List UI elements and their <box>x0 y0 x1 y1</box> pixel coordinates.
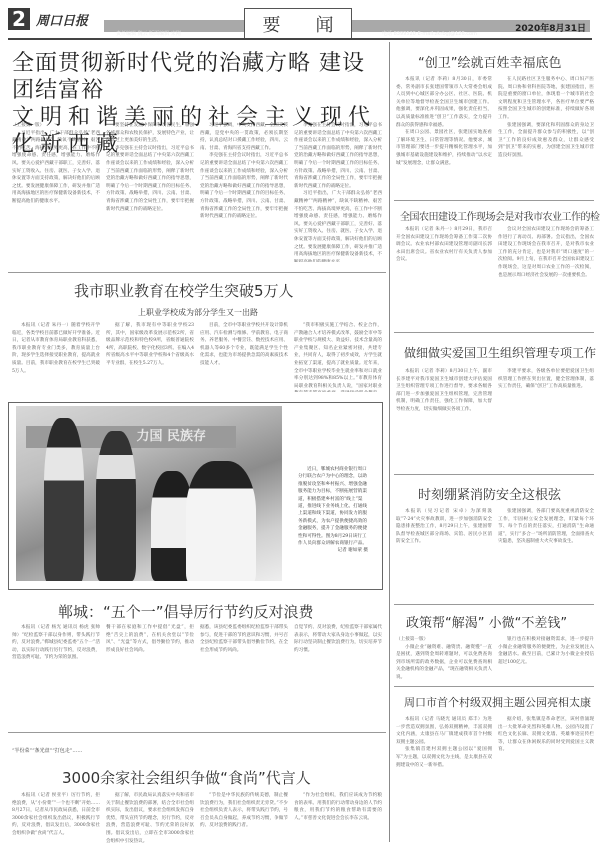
issue-date: 2020年8月31日 <box>515 21 586 34</box>
vocational-paragraph: 本报讯（记者 朱丹一）随着学校开学临近，各类学校目前都已做好开学准备。近日，记者… <box>12 322 100 375</box>
vocational-subheadline: 上职业学校成为部分学生又一出路 <box>138 307 258 318</box>
policy-paragraph: 小微企业“融资难、融资贵、融资慢”一直是困扰，遇到资金周转难题时，可以免费查询到… <box>396 644 492 682</box>
vocational-paragraph: 据了解，我市现有中等职业学校23所，其中，国家级改革发展示范校2所，省级品牌示范… <box>106 322 194 368</box>
food-paragraph: “作为社会组织，我们应该成为节约粮食的表率。用我们的行动带动身边的人节约粮食，用… <box>294 792 382 822</box>
dancheng-body-col1: 本报讯（记者 杨光 通讯员 杨虎 张帅帅）“纪检监察干部以身作则，带头践行节约，… <box>12 624 100 724</box>
policy-paragraph: 银行也在积极对接融资需求，进一步提升小微企业融资服务的便捷性，为企业发展注入金融… <box>498 636 594 666</box>
vocational-body-col1: 本报讯（记者 朱丹一）随着学校开学临近，各类学校目前都已做好开学准备。近日，记者… <box>12 322 100 392</box>
chuangwei-body-col2: 在人民路社区卫生服务中心、周口妇产医院、周口协和骨科医院等地，张建国指出，医院是… <box>498 76 594 196</box>
news-photo: 力国 民族存 <box>16 406 282 581</box>
food-body-col4: “作为社会组织，我们应该成为节约粮食的表率。用我们的行动带动身边的人节约粮食，用… <box>294 792 382 844</box>
divider <box>8 732 386 733</box>
farmland-paragraph: 会议对全国农田建设工作现场会的筹备工作进行了再动员、再部署。会议指出，全国农田建… <box>498 226 594 279</box>
photo-figure <box>44 418 84 581</box>
contact-line: 电话 8399520 E-mail:zkrbgj@126.com <box>352 31 477 37</box>
lead-paragraph: 习近平指出，广大干部群众弘扬“老西藏精神”“两路精神”，缺氧不缺精神、艰苦不怕吃… <box>12 130 100 206</box>
fire-paragraph: 张建国强调，各部门要高度重视消防安全工作，牢固树立安全发展理念，盯紧每个环节、每… <box>498 508 594 546</box>
fire-body-col1: 本报讯（见习记者 宋卓）为深刻汲取“7·24”火灾事故教训，进一步加强消防安全隐… <box>396 508 492 600</box>
vocational-paragraph: 目前，全市中等职业学校共开设计算机应用、汽车检测与维修、学前教育、电子商务、养老… <box>200 322 288 368</box>
dancheng-paragraph: 餐干部在家庭和工作中提倡“光盘”，拒绝“舌尖上的浪费”，在机关食堂以“节俭风”、… <box>106 624 194 654</box>
policy-body-col1: （上接第一版） 小微企业“融资难、融资贵、融资慢”一直是困扰，遇到资金周转难题时… <box>396 636 492 682</box>
park-paragraph: 张集镇首建村双拥主题公园以“爱国拥军”为主题，以双拥文化为主线，是太康县在双拥建… <box>396 746 492 769</box>
divider <box>394 474 594 475</box>
lead-paragraph: 习近平指出，广大干部群众弘扬“老西藏精神”“两路精神”，缺氧不缺精神、艰苦不怕吃… <box>294 190 382 262</box>
patriotic-paragraph: 本报讯（记者 李莉）8月30日上午，副市长李建平对我市爱国卫生城市创建大评估爱国… <box>396 368 492 414</box>
chuangwei-headline: “创卫”绘就百姓幸福底色 <box>418 52 561 71</box>
farmland-body-col2: 会议对全国农田建设工作现场会的筹备工作进行了再动员、再部署。会议指出，全国农田建… <box>498 226 594 326</box>
divider <box>394 332 594 333</box>
fire-body-col2: 张建国强调，各部门要高度重视消防安全工作，牢固树立安全发展理念，盯紧每个环节、每… <box>498 508 594 600</box>
dancheng-headline: 郸城：“五个一”倡导厉行节约反对浪费 <box>58 601 314 622</box>
caption-text: 近日，郸城农村商业银行周口分行联合农户为中心的理念，以助推脱贫攻坚和乡村振兴、增… <box>298 466 368 547</box>
park-paragraph: 据介绍，张集镇是革命老区，该村曾涌现出一大批革命先烈和英雄人物。公园内设置了红色… <box>498 716 594 754</box>
section-char-1: 要 <box>263 11 281 37</box>
column-divider <box>389 42 390 842</box>
chuangwei-body-col1: 本报讯（记者 李莉）8月30日，市委常委、常务副市长张建国带领市人大常委会组成人… <box>396 76 492 196</box>
lead-body-col2: 要坚持在发展中保障和改善民生，加强各族群众和农牧民保护，发展特色产业，让群众过上… <box>106 122 194 262</box>
divider <box>394 604 594 605</box>
lead-dateline: （上接第一版） <box>12 122 100 130</box>
policy-headline: 政策帮“解渴” 小微“不差钱” <box>406 612 567 631</box>
lead-body-col4: 李克强在主持会议时指出，习近平总书记的重要讲话全面总结了中央第六次西藏工作座谈会… <box>294 122 382 262</box>
vocational-body-col2: 据了解，我市现有中等职业学校23所，其中，国家级改革发展示范校2所，省级品牌示范… <box>106 322 194 392</box>
lead-paragraph: 李克强在主持会议时指出，习近平总书记的重要讲话全面总结了中央第六次西藏工作座谈会… <box>200 152 288 220</box>
park-body-col2: 据介绍，张集镇是革命老区，该村曾涌现出一大批革命先烈和英雄人物。公园内设置了红色… <box>498 716 594 844</box>
patriotic-paragraph: 李建平要求，各级各单位要把爱国卫生组织管理工作摆在突出位置，健全管理体制，落实工… <box>498 368 594 391</box>
farmland-body-col1: 本报讯（记者 朱丹一）8月29日，我市召开全国农田建设工作现场会筹备工作第二次协… <box>396 226 492 326</box>
chuangwei-paragraph: 张建国强调，要深化和巩固群众的身边卫生工作，全面提升群众参与的积极性，以“创卫”… <box>498 122 594 160</box>
page-number: 2 <box>8 8 30 30</box>
farmland-paragraph: 本报讯（记者 朱丹一）8月29日，我市召开全国农田建设工作现场会筹备工作第二次协… <box>396 226 492 264</box>
chuangwei-paragraph: 在周口公园、景园社区，张建国实地查看了解环境卫生、日常管理等情况。他要求，城市管… <box>396 129 492 167</box>
newspaper-name: 周口日报 <box>36 10 88 29</box>
dancheng-body-col2: 餐干部在家庭和工作中提倡“光盘”，拒绝“舌尖上的浪费”，在机关食堂以“节俭风”、… <box>106 624 194 724</box>
lead-paragraph: 习近平强调，中央支持西藏、全国支援西藏，是党中央的一贯政策，必须长期坚持，认真总… <box>200 122 288 152</box>
farmland-headline: 全国农田建设工作现场会是对我市农业工作的检阅 <box>400 208 600 223</box>
lead-paragraph: 李克强在主持会议时指出，习近平总书记的重要讲话全面总结了中央第六次西藏工作座谈会… <box>106 145 194 213</box>
photo-figure <box>186 461 256 581</box>
food-body-col3: “节俭是中华民族的传统美德，制止餐饮浪费行为，我们社会组织责无旁贷。”不少社会组… <box>200 792 288 844</box>
vocational-body-col3: 目前，全市中等职业学校共开设计算机应用、汽车检测与维修、学前教育、电子商务、养老… <box>200 322 288 392</box>
park-headline: 周口市首个村级双拥主题公园亮相太康 <box>404 694 591 710</box>
food-paragraph: 据了解，市民政局认真落实中央和省市关于制止餐饮浪费的部署，结合全市社会组织实际，… <box>106 792 194 844</box>
lead-paragraph: 要坚持在发展中保障和改善民生，加强各族群众和农牧民保护，发展特色产业，让群众过上… <box>106 122 194 145</box>
food-body-col2: 据了解，市民政局认真落实中央和省市关于制止餐饮浪费的部署，结合全市社会组织实际，… <box>106 792 194 844</box>
divider <box>394 686 594 687</box>
patriotic-body-col2: 李建平要求，各级各单位要把爱国卫生组织管理工作摆在突出位置，健全管理体制，落实工… <box>498 368 594 468</box>
policy-dateline: （上接第一版） <box>396 636 492 644</box>
lead-paragraph: 李克强在主持会议时指出，习近平总书记的重要讲话全面总结了中央第六次西藏工作座谈会… <box>294 122 382 190</box>
food-paragraph: “节俭是中华民族的传统美德，制止餐饮浪费行为，我们社会组织责无旁贷。”不少社会组… <box>200 792 288 830</box>
photo-credit: 记者 谢如蒙 摄 <box>298 547 368 554</box>
section-char-2: 闻 <box>316 11 334 37</box>
vocational-body-col4: “我市积极实施工学结合、校企合作，产教融合人才培养模式改革，鼓励全市中等职业学校… <box>294 322 382 392</box>
editors-bar: 责任编辑 魏云 版面编辑 宋刚 <box>104 20 244 32</box>
dancheng-paragraph: 本报讯（记者 杨光 通讯员 杨虎 张帅帅）“纪检监察干部以身作则，带头践行节约，… <box>12 624 100 662</box>
dancheng-paragraph: 自觉节约、反对浪费，纪检监察干部家属代表表示，将带动大家从身边小事做起，以实际行… <box>294 624 382 654</box>
food-body-col1: 本报讯（记者 侯亚平）厉行节约，拒绝浪费，从“小份菜”“一个也不剩”开始……8月… <box>12 792 100 844</box>
chuangwei-paragraph: 本报讯（记者 李莉）8月30日，市委常委、常务副市长张建国带领市人大常委会组成人… <box>396 76 492 129</box>
vocational-paragraph: “我市积极实施工学结合、校企合作，产教融合人才培养模式改革，鼓励全市中等职业学校… <box>294 322 382 392</box>
food-kicker: “半份菜”“条光盘”“打包走”…… <box>12 747 82 754</box>
dancheng-body-col3: 据悉，该县纪委监委组织纪检监察干部带头参与，促进干部的节约意识和习惯，并号召全县… <box>200 624 288 724</box>
lead-body-col3: 习近平强调，中央支持西藏、全国支援西藏，是党中央的一贯政策，必须长期坚持，认真总… <box>200 122 288 262</box>
food-paragraph: 本报讯（记者 侯亚平）厉行节约，拒绝浪费，从“小份菜”“一个也不剩”开始……8月… <box>12 792 100 838</box>
policy-body-col2: 银行也在积极对接融资需求，进一步提升小微企业融资服务的便捷性，为企业发展注入金融… <box>498 636 594 682</box>
dancheng-paragraph: 据悉，该县纪委监委组织纪检监察干部带头参与，促进干部的节约意识和习惯，并号召全县… <box>200 624 288 654</box>
lead-body-col1: （上接第一版） 习近平指出，广大干部群众弘扬“老西藏精神”“两路精神”，缺氧不缺… <box>12 122 100 262</box>
photo-figure <box>96 431 136 581</box>
divider <box>394 200 594 201</box>
patriotic-body-col1: 本报讯（记者 李莉）8月30日上午，副市长李建平对我市爱国卫生城市创建大评估爱国… <box>396 368 492 468</box>
fire-paragraph: 本报讯（见习记者 宋卓）为深刻汲取“7·24”火灾事故教训，进一步加强消防安全隐… <box>396 508 492 546</box>
photo-caption: 近日，郸城农村商业银行周口分行联合农户为中心的理念，以助推脱贫攻坚和乡村振兴、增… <box>298 466 368 555</box>
masthead-rule <box>8 38 592 40</box>
divider <box>8 272 386 273</box>
park-body-col1: 本报讯（记者 马晓光 通讯员 郑丰）为进一步营造双拥氛围，弘扬双拥精神，丰富双拥… <box>396 716 492 844</box>
chuangwei-paragraph: 在人民路社区卫生服务中心、周口妇产医院、周口协和骨科医院等地，张建国指出，医院是… <box>498 76 594 122</box>
editors-line: 责任编辑 魏云 版面编辑 宋刚 <box>104 31 181 37</box>
fire-headline: 时刻绷紧消防安全这根弦 <box>418 484 561 503</box>
section-label: 要 闻 <box>244 8 352 38</box>
park-paragraph: 本报讯（记者 马晓光 通讯员 郑丰）为进一步营造双拥氛围，弘扬双拥精神，丰富双拥… <box>396 716 492 746</box>
patriotic-headline: 做细做实爱国卫生组织管理专项工作 <box>404 344 596 361</box>
dancheng-body-col4: 自觉节约、反对浪费，纪检监察干部家属代表表示，将带动大家从身边小事做起，以实际行… <box>294 624 382 724</box>
vocational-headline: 我市职业教育在校学生突破5万人 <box>74 280 294 301</box>
food-headline: 3000余家社会组织争做“食尚”代言人 <box>62 767 311 788</box>
lead-headline-line1: 全面贯彻新时代党的治藏方略 建设团结富裕 <box>12 50 384 104</box>
